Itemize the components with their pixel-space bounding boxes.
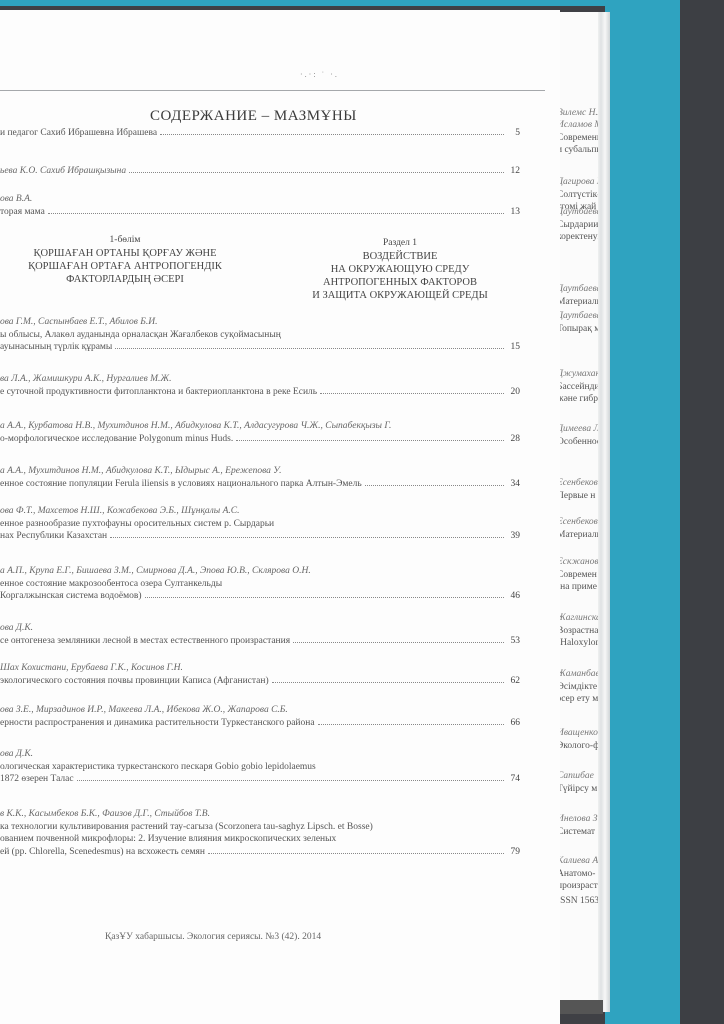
entry-title: нах Республики Казахстан (0, 530, 107, 543)
entry-title: Особеннос (557, 436, 598, 449)
entry-last-line: торая мама13 (0, 206, 520, 219)
page-number: 74 (506, 773, 520, 786)
entry-author: Иващенко (557, 727, 598, 740)
entry-author: Димеева Л (557, 423, 598, 436)
entry-title: торая мама (0, 206, 45, 219)
entry-last-line: е суточной продуктивности фитопланктона … (0, 386, 520, 399)
entry-title: енное состояние популяции Ferula iliensi… (0, 478, 362, 491)
entry-title: Солтүстік- (557, 189, 598, 202)
entry-title: ISSN 1563 (557, 895, 598, 908)
right-page-entry: ЕсенбековМатериалы (557, 516, 598, 541)
page-number: 79 (506, 846, 520, 859)
toc-entry: а А.А., Мухитдинов Н.М., Абидкулова К.Т.… (0, 465, 520, 490)
entry-author: Даутбаева (557, 310, 598, 323)
toc-entry: ова Д.К.се онтогенеза земляники лесной в… (0, 622, 520, 647)
entry-title: Эколого-ф (557, 740, 598, 753)
dot-leader (110, 537, 504, 538)
entry-author: а А.А., Мухитдинов Н.М., Абидкулова К.Т.… (0, 465, 520, 478)
page-number: 34 (506, 478, 520, 491)
entry-title: ологическая характеристика туркестанског… (0, 761, 520, 774)
entry-author: Есенбеков (557, 477, 598, 490)
page-number: 20 (506, 386, 520, 399)
entry-title: Бассейнди (557, 381, 598, 394)
entry-title: и субальпин (557, 144, 598, 157)
toc-entry: а А.П., Крупа Е.Г., Бишаева З.М., Смирно… (0, 565, 520, 603)
entry-author: Инелова З (557, 813, 598, 826)
entry-title: және гибр (557, 393, 598, 406)
entry-title: Өсімдікте (557, 681, 598, 694)
page-number: 28 (506, 433, 520, 446)
section-title-line: ФАКТОРЛАРДЫҢ ӘСЕРІ (0, 273, 250, 286)
right-page-entry: ISSN 1563 (557, 895, 598, 908)
entry-title: Первые н (557, 490, 598, 503)
entry-author: Исламов М. (557, 119, 598, 132)
entry-last-line: ауынасының түрлік құрамы15 (0, 341, 520, 354)
right-page-entry: Калиева ААнатомо-произраст (557, 855, 598, 893)
right-page-entry: ДаутбаеваСырдариикоректенуі (557, 206, 598, 244)
right-page-entry: ЖаманбаеӨсімдіктеәсер ету м (557, 668, 598, 706)
dot-leader (77, 780, 504, 781)
entry-title: Материалы (557, 296, 598, 309)
entry-title: (на приме (557, 581, 598, 594)
entry-title: произраст (557, 880, 598, 893)
right-page-entry: ДжумаханБассейндижәне гибр (557, 368, 598, 406)
entry-title: Системат (557, 826, 598, 839)
entry-author: а А.П., Крупа Е.Г., Бишаева З.М., Смирно… (0, 565, 520, 578)
entry-title: коректенуі (557, 231, 598, 244)
right-page-entry: ЕсенбековПервые н (557, 477, 598, 502)
page-number: 66 (506, 717, 520, 730)
right-page-entry: ДаутбаеваМатериалы (557, 283, 598, 308)
entry-author: Даутбаева (557, 206, 598, 219)
entry-title: ованием почвенной микрофлоры: 2. Изучени… (0, 833, 520, 846)
toc-entry: ьева К.О. Сахиб Ибрашқызына12 (0, 165, 520, 178)
dot-leader (318, 724, 504, 725)
entry-author: ова З.Е., Мирзадинов И.Р., Макеева Л.А.,… (0, 704, 520, 717)
entry-author: Джумахан (557, 368, 598, 381)
section-heading-ru: Раздел 1 ВОЗДЕЙСТВИЕНА ОКРУЖАЮЩУЮ СРЕДУА… (275, 237, 525, 302)
entry-title: се онтогенеза земляники лесной в местах … (0, 635, 290, 648)
section-heading-kz: 1-бөлім ҚОРШАҒАН ОРТАНЫ ҚОРҒАУ ЖӘНЕҚОРША… (0, 234, 250, 286)
toc-entry: ова З.Е., Мирзадинов И.Р., Макеева Л.А.,… (0, 704, 520, 729)
entry-author: Жаглинска (557, 612, 598, 625)
dot-leader (115, 348, 504, 349)
cover-edge (0, 0, 680, 6)
toc-entry: ова В.А.торая мама13 (0, 193, 520, 218)
entry-title: Анатомо- (557, 868, 598, 881)
entry-title: экологического состояния почвы провинции… (0, 675, 269, 688)
entry-title: енное разнообразие пухтофауны оросительн… (0, 518, 520, 531)
entry-last-line: экологического состояния почвы провинции… (0, 675, 520, 688)
right-page-entry: Ескжанов ЕСовремен(на приме (557, 556, 598, 594)
entry-title: Материалы (557, 529, 598, 542)
entry-title: и педагог Сахиб Ибрашевна Ибрашева (0, 127, 157, 140)
entry-author: ьева К.О. Сахиб Ибрашқызына (0, 165, 126, 178)
entry-author: ова В.А. (0, 193, 520, 206)
entry-title: Сырдарии (557, 219, 598, 232)
entry-title: Современ (557, 569, 598, 582)
entry-author: а А.А., Курбатова Н.В., Мухитдинов Н.М.,… (0, 420, 520, 433)
journal-cover-spine (605, 0, 680, 1024)
toc-entry: ва Л.А., Жамишкури А.К., Нургалиев М.Ж.е… (0, 373, 520, 398)
dot-leader (236, 440, 504, 441)
entry-author: Даутбаева (557, 283, 598, 296)
entry-title: о-морфологическое исследование Polygonum… (0, 433, 233, 446)
toc-entry: в К.К., Касымбеков Б.К., Фаизов Д.Г., Ст… (0, 808, 520, 858)
dot-leader (160, 134, 504, 135)
entry-title: Современн (557, 132, 598, 145)
page-number: 12 (506, 165, 520, 178)
dot-leader (320, 393, 504, 394)
entry-last-line: 1872 өзерен Талас74 (0, 773, 520, 786)
dot-leader (145, 597, 504, 598)
entry-last-line: ей (рр. Chlorella, Scenedesmus) на всхож… (0, 846, 520, 859)
entry-last-line: се онтогенеза земляники лесной в местах … (0, 635, 520, 648)
entry-author: Шах Кохистани, Ерубаева Г.К., Косинов Г.… (0, 662, 520, 675)
entry-last-line: нах Республики Казахстан39 (0, 530, 520, 543)
entry-author: ова Д.К. (0, 622, 520, 635)
entry-title: Коргалжынская система водоёмов) (0, 590, 142, 603)
entry-author: Жаманбае (557, 668, 598, 681)
page-number: 13 (506, 206, 520, 219)
entry-last-line: ьева К.О. Сахиб Ибрашқызына12 (0, 165, 520, 178)
entry-author: Вилемс Н.А (557, 107, 598, 120)
entry-last-line: и педагог Сахиб Ибрашевна Ибрашева5 (0, 127, 520, 140)
right-page-entry: СапшбаеТүйірсу м (557, 770, 598, 795)
scanner-background (680, 0, 724, 1024)
entry-title: ерности распространения и динамика расти… (0, 717, 315, 730)
entry-title: ей (рр. Chlorella, Scenedesmus) на всхож… (0, 846, 205, 859)
right-page-entry: Инелова ЗСистемат (557, 813, 598, 838)
entry-author: ва Л.А., Жамишкури А.К., Нургалиев М.Ж. (0, 373, 520, 386)
entry-title: е суточной продуктивности фитопланктона … (0, 386, 317, 399)
dot-leader (293, 642, 504, 643)
entry-title: ка технологии культивирования растений т… (0, 821, 520, 834)
section-title-line: АНТРОПОГЕННЫХ ФАКТОРОВ (275, 276, 525, 289)
dot-leader (208, 853, 504, 854)
section-title-line: ҚОРШАҒАН ОРТАНЫ ҚОРҒАУ ЖӘНЕ (0, 247, 250, 260)
toc-entry: и педагог Сахиб Ибрашевна Ибрашева5 (0, 127, 520, 140)
dot-leader (272, 682, 504, 683)
page-number: 5 (506, 127, 520, 140)
right-page-entry: Димеева ЛОсобеннос (557, 423, 598, 448)
toc-entry: ова Д.К.ологическая характеристика турке… (0, 748, 520, 786)
entry-author: Ескжанов Е (557, 556, 598, 569)
entry-title: ы облысы, Алакөл ауданында орналасқан Жа… (0, 329, 520, 342)
page-number: 46 (506, 590, 520, 603)
entry-last-line: ерности распространения и динамика расти… (0, 717, 520, 730)
section-title-line: НА ОКРУЖАЮЩУЮ СРЕДУ (275, 263, 525, 276)
entry-title: Возрастна (557, 625, 598, 638)
toc-entry: ова Ф.Т., Махсетов Н.Ш., Кожабекова Э.Б.… (0, 505, 520, 543)
dot-leader (129, 172, 504, 173)
entry-title: Топырақ м (557, 323, 598, 336)
entry-author: ова Г.М., Саспынбаев Е.Т., Абилов Б.И. (0, 316, 520, 329)
toc-entry: Шах Кохистани, Ерубаева Г.К., Косинов Г.… (0, 662, 520, 687)
dot-leader (365, 485, 504, 486)
entry-title: 1872 өзерен Талас (0, 773, 74, 786)
page-number: 53 (506, 635, 520, 648)
entry-title: Түйірсу м (557, 783, 598, 796)
scan-speckle: ·.·: ˙ ·. (300, 70, 339, 79)
entry-last-line: енное состояние популяции Ferula iliensi… (0, 478, 520, 491)
section-title-line: ВОЗДЕЙСТВИЕ (275, 250, 525, 263)
section-title-line: ҚОРШАҒАН ОРТАҒА АНТРОПОГЕНДІК (0, 260, 250, 273)
contents-page: ·.·: ˙ ·. СОДЕРЖАНИЕ – МАЗМҰНЫ и педагог… (0, 10, 560, 1024)
page-number: 62 (506, 675, 520, 688)
entry-title: енное состояние макрозообентоса озера Су… (0, 578, 520, 591)
entry-title: әсер ету м (557, 693, 598, 706)
entry-author: Дагирова Н (557, 176, 598, 189)
right-page-entry: Вилемс Н.А (557, 107, 598, 120)
entry-author: ова Д.К. (0, 748, 520, 761)
entry-last-line: Коргалжынская система водоёмов)46 (0, 590, 520, 603)
entry-author: Калиева А (557, 855, 598, 868)
right-page-entry: Исламов М.Современни субальпин (557, 119, 598, 157)
header-rule (0, 90, 545, 91)
toc-entry: а А.А., Курбатова Н.В., Мухитдинов Н.М.,… (0, 420, 520, 445)
entry-title: ауынасының түрлік құрамы (0, 341, 112, 354)
entry-title: (Haloxylon (557, 637, 598, 650)
right-page-entry: ИващенкоЭколого-ф (557, 727, 598, 752)
journal-footer: ҚазҰУ хабаршысы. Экология сериясы. №3 (4… (105, 932, 321, 942)
entry-author: ова Ф.Т., Махсетов Н.Ш., Кожабекова Э.Б.… (0, 505, 520, 518)
entry-author: Есенбеков (557, 516, 598, 529)
right-page-entry: ЖаглинскаВозрастна(Haloxylon (557, 612, 598, 650)
page-number: 15 (506, 341, 520, 354)
entry-last-line: о-морфологическое исследование Polygonum… (0, 433, 520, 446)
page-number: 39 (506, 530, 520, 543)
toc-entry: ова Г.М., Саспынбаев Е.Т., Абилов Б.И.ы … (0, 316, 520, 354)
page-title: СОДЕРЖАНИЕ – МАЗМҰНЫ (150, 108, 357, 125)
entry-author: в К.К., Касымбеков Б.К., Фаизов Д.Г., Ст… (0, 808, 520, 821)
dot-leader (48, 213, 504, 214)
right-page-entry: ДаутбаеваТопырақ м (557, 310, 598, 335)
entry-author: Сапшбае (557, 770, 598, 783)
section-title-line: И ЗАЩИТА ОКРУЖАЮЩЕЙ СРЕДЫ (275, 289, 525, 302)
